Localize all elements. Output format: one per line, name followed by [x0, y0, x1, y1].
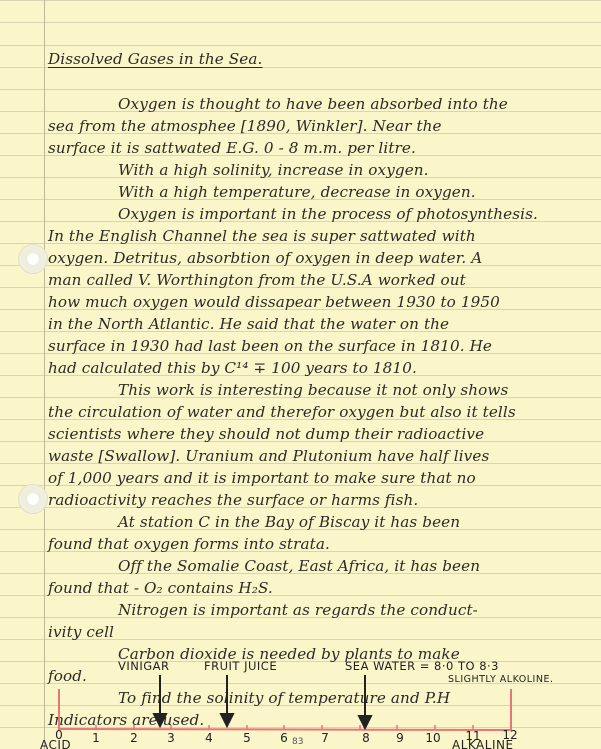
tick-label: 4 [205, 731, 213, 745]
tick-label: 7 [321, 731, 329, 745]
tick-label: 5 [243, 731, 251, 745]
label-acid: ACID [40, 738, 71, 749]
tick-label: 1 [92, 731, 100, 745]
tick-label: 9 [396, 731, 404, 745]
label-fruit-juice: FRUIT JUICE [204, 659, 277, 673]
label-slightly-alkaline: SLIGHTLY ALKOLINE. [448, 674, 554, 685]
tick-label: 2 [130, 731, 138, 745]
ph-scale-diagram: VINIGAR FRUIT JUICE SEA WATER = 8·0 TO 8… [0, 0, 601, 749]
tick-label: 6 [280, 731, 288, 745]
tick-label: 3 [167, 731, 175, 745]
page-number: 83 [292, 737, 303, 747]
tick-label: 8 [362, 731, 370, 745]
label-alkaline: ALKALINE [452, 738, 514, 749]
ph-scale-lines [0, 0, 601, 749]
tick-label: 10 [425, 731, 440, 745]
label-sea-water: SEA WATER = 8·0 TO 8·3 [345, 659, 499, 673]
label-vinegar: VINIGAR [118, 659, 170, 673]
